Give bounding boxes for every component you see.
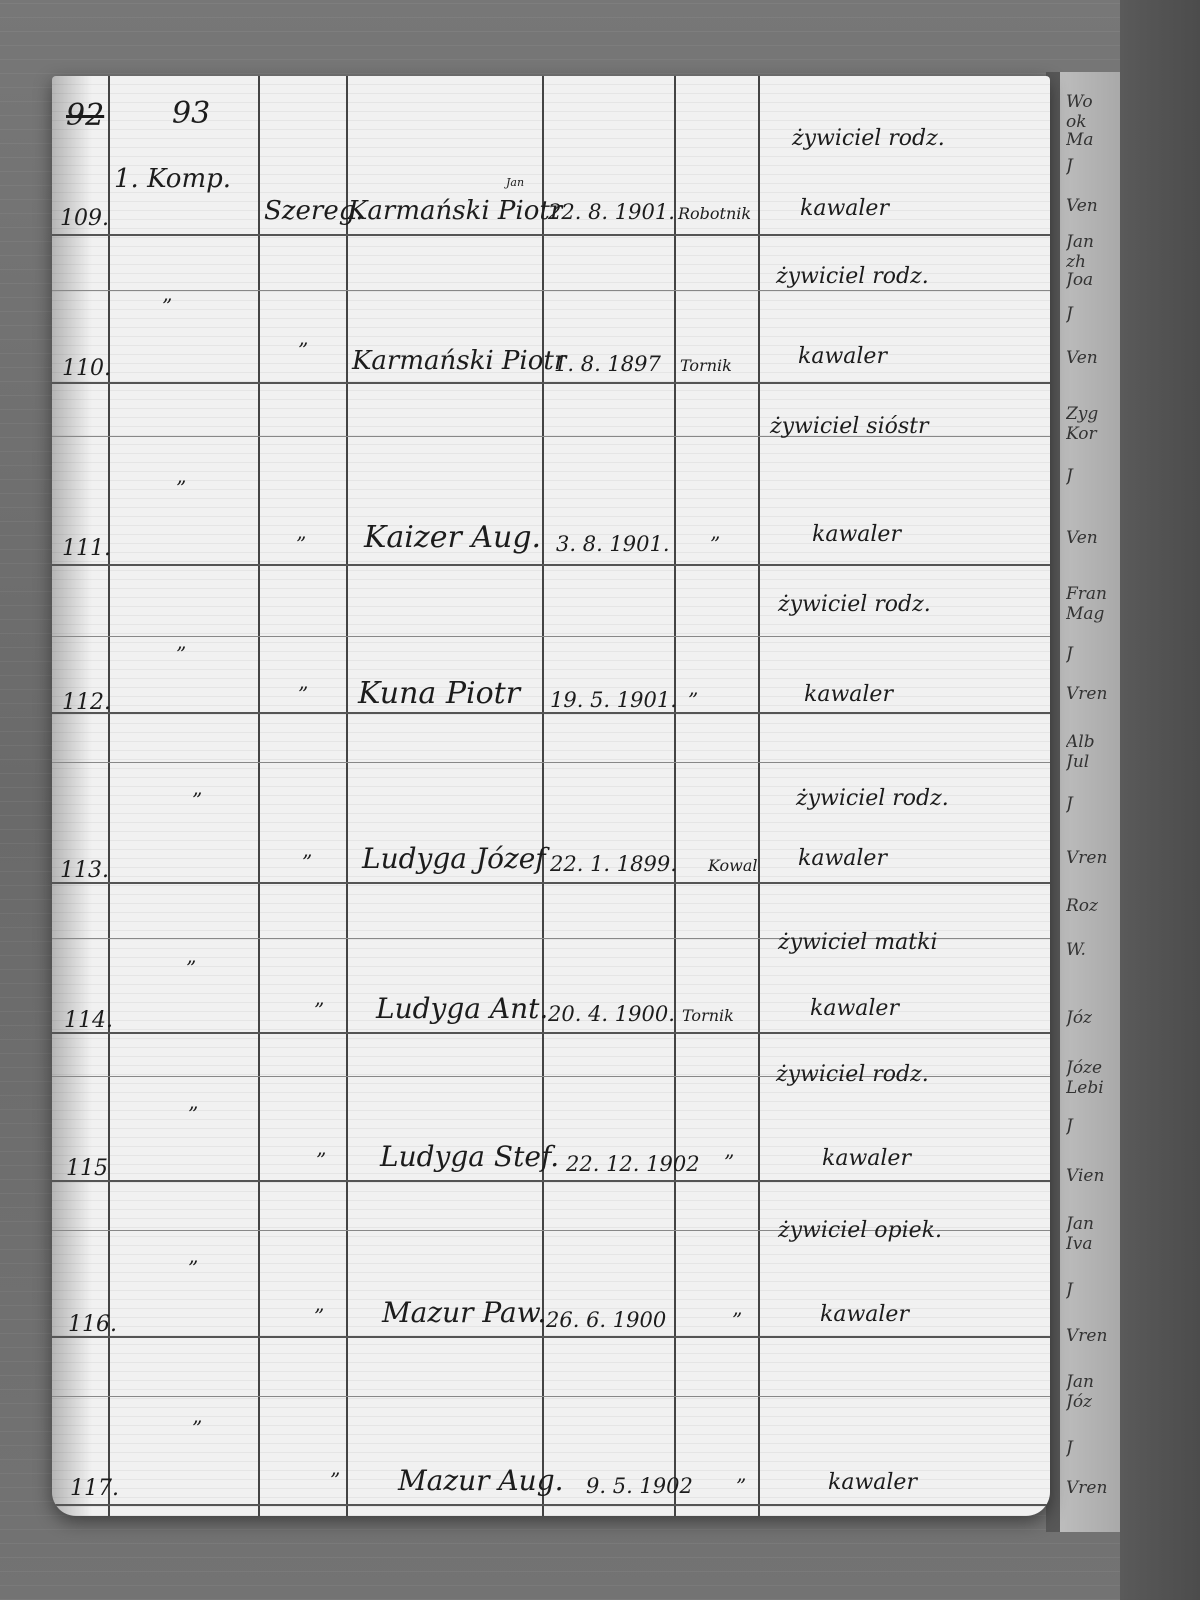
- margin-fragment: Jan: [1066, 232, 1120, 252]
- row-divider: [52, 234, 1050, 236]
- margin-fragment: Lebi: [1066, 1078, 1120, 1098]
- birth-date: 22. 12. 1902: [566, 1152, 700, 1176]
- row-divider: [52, 1504, 1050, 1506]
- margin-fragment: Jan: [1066, 1372, 1120, 1392]
- birth-date: 1. 8. 1897: [554, 352, 661, 376]
- support-note: żywiciel rodz.: [776, 1062, 929, 1087]
- margin-fragment: Ven: [1066, 528, 1120, 548]
- ditto-mark: ”: [710, 532, 720, 556]
- marital-status: kawaler: [828, 1470, 917, 1495]
- support-note: żywiciel opiek.: [778, 1218, 942, 1243]
- ditto-mark: ”: [192, 788, 202, 812]
- marital-status: kawaler: [798, 344, 887, 369]
- row-divider: [52, 1396, 1050, 1397]
- margin-fragment: J: [1066, 304, 1120, 324]
- marital-status: kawaler: [820, 1302, 909, 1327]
- margin-fragment: J: [1066, 644, 1120, 664]
- entry-number: 115: [66, 1156, 108, 1181]
- ditto-mark: ”: [188, 1102, 198, 1126]
- ditto-mark: ”: [316, 1148, 326, 1172]
- birth-date: 19. 5. 1901.: [550, 688, 677, 712]
- marital-status: kawaler: [822, 1146, 911, 1171]
- entry-number: 110.: [62, 356, 111, 381]
- column-divider: [108, 76, 110, 1516]
- margin-fragment: Jul: [1066, 752, 1120, 772]
- margin-fragment: Ma: [1066, 130, 1120, 150]
- company-label: 1. Komp.: [114, 164, 231, 194]
- soldier-name: Kaizer Aug.: [364, 520, 541, 555]
- page-shading: [52, 76, 92, 1516]
- ditto-mark: ”: [176, 476, 186, 500]
- entry-number: 113.: [60, 858, 109, 883]
- support-note: żywiciel rodz.: [778, 592, 931, 617]
- ditto-mark: ”: [724, 1150, 734, 1174]
- birth-date: 9. 5. 1902: [586, 1474, 693, 1498]
- row-divider: [52, 564, 1050, 566]
- column-divider: [758, 76, 760, 1516]
- margin-fragment: Vien: [1066, 1166, 1120, 1186]
- row-divider: [52, 382, 1050, 384]
- ditto-mark: ”: [688, 688, 698, 712]
- ditto-mark: ”: [186, 956, 196, 980]
- birth-date: 3. 8. 1901.: [556, 532, 670, 556]
- support-note: żywiciel sióstr: [770, 414, 929, 439]
- margin-fragment: Zyg: [1066, 404, 1120, 424]
- soldier-name: Karmański Piotr: [352, 346, 566, 376]
- soldier-name: Ludyga Józef: [362, 842, 546, 875]
- ditto-mark: ”: [298, 338, 308, 362]
- ditto-mark: ”: [298, 682, 308, 706]
- margin-fragment: ok: [1066, 112, 1120, 132]
- margin-fragment: Ven: [1066, 196, 1120, 216]
- margin-fragment: Kor: [1066, 424, 1120, 444]
- margin-fragment: Vren: [1066, 684, 1120, 704]
- ditto-mark: ”: [302, 850, 312, 874]
- entry-number: 111.: [62, 536, 111, 561]
- margin-fragment: Wo: [1066, 92, 1120, 112]
- name-correction: Jan: [506, 176, 524, 189]
- entry-number: 117.: [70, 1476, 119, 1501]
- ditto-mark: ”: [192, 1416, 202, 1440]
- occupation: Robotnik: [678, 204, 751, 223]
- soldier-name: Mazur Aug.: [398, 1464, 564, 1497]
- row-divider: [52, 1032, 1050, 1034]
- entry-number: 116.: [68, 1312, 117, 1337]
- margin-fragment: Iva: [1066, 1234, 1120, 1254]
- folio-number-struck: 92: [66, 98, 104, 133]
- margin-fragment: Vren: [1066, 848, 1120, 868]
- ditto-mark: ”: [314, 998, 324, 1022]
- row-divider: [52, 636, 1050, 637]
- column-divider: [258, 76, 260, 1516]
- margin-fragment: Józ: [1066, 1392, 1120, 1412]
- margin-fragment: J: [1066, 1116, 1120, 1136]
- margin-fragment: Vren: [1066, 1478, 1120, 1498]
- row-divider: [52, 882, 1050, 884]
- entry-number: 109.: [60, 206, 109, 231]
- support-note: żywiciel matki: [778, 930, 937, 955]
- birth-date: 26. 6. 1900: [546, 1308, 666, 1332]
- ditto-mark: ”: [162, 294, 172, 318]
- marital-status: kawaler: [804, 682, 893, 707]
- margin-fragment: J: [1066, 1438, 1120, 1458]
- margin-fragment: Józ: [1066, 1008, 1120, 1028]
- register-page: 92 93 1. Komp. żywiciel rodz. 109. Szere…: [52, 76, 1050, 1516]
- birth-date: 20. 4. 1900.: [548, 1002, 675, 1026]
- marital-status: kawaler: [800, 196, 889, 221]
- margin-fragment: Ven: [1066, 348, 1120, 368]
- soldier-name: Kuna Piotr: [358, 676, 520, 711]
- soldier-name: Ludyga Stef.: [380, 1140, 559, 1173]
- adjacent-page-edge: Wo ok Ma J Ven Jan zh Joa J Ven Zyg Kor …: [1060, 72, 1120, 1532]
- ditto-mark: ”: [296, 532, 306, 556]
- marital-status: kawaler: [798, 846, 887, 871]
- row-divider: [52, 1180, 1050, 1182]
- birth-date: 22. 1. 1899.: [550, 852, 677, 876]
- folio-number: 93: [172, 96, 210, 131]
- birth-date: 22. 8. 1901.: [548, 200, 675, 224]
- row-divider: [52, 762, 1050, 763]
- soldier-name: Ludyga Ant.: [376, 992, 548, 1025]
- margin-fragment: Fran: [1066, 584, 1120, 604]
- entry-number: 112.: [62, 690, 111, 715]
- ditto-mark: ”: [330, 1468, 340, 1492]
- occupation: Tornik: [682, 1006, 734, 1025]
- ditto-mark: ”: [176, 642, 186, 666]
- support-note: żywiciel rodz.: [792, 126, 945, 151]
- row-divider: [52, 290, 1050, 291]
- margin-fragment: J: [1066, 1280, 1120, 1300]
- margin-fragment: Józe: [1066, 1058, 1120, 1078]
- margin-fragment: W.: [1066, 940, 1120, 960]
- margin-fragment: Alb: [1066, 732, 1120, 752]
- row-divider: [52, 1336, 1050, 1338]
- soldier-name: Karmański Piotr: [348, 196, 562, 226]
- column-divider: [346, 76, 348, 1516]
- margin-fragment: J: [1066, 466, 1120, 486]
- support-note: żywiciel rodz.: [796, 786, 949, 811]
- margin-fragment: Roz: [1066, 896, 1120, 916]
- scan-shadow: [1120, 0, 1200, 1600]
- soldier-name: Mazur Paw.: [382, 1296, 546, 1329]
- marital-status: kawaler: [810, 996, 899, 1021]
- margin-fragment: J: [1066, 794, 1120, 814]
- row-divider: [52, 712, 1050, 714]
- ditto-mark: ”: [314, 1304, 324, 1328]
- entry-number: 114.: [64, 1008, 113, 1033]
- support-note: żywiciel rodz.: [776, 264, 929, 289]
- margin-fragment: Vren: [1066, 1326, 1120, 1346]
- margin-fragment: Jan: [1066, 1214, 1120, 1234]
- ditto-mark: ”: [188, 1256, 198, 1280]
- ditto-mark: ”: [732, 1308, 742, 1332]
- margin-fragment: Joa: [1066, 270, 1120, 290]
- column-divider: [674, 76, 676, 1516]
- ditto-mark: ”: [736, 1474, 746, 1498]
- marital-status: kawaler: [812, 522, 901, 547]
- margin-fragment: zh: [1066, 252, 1120, 272]
- margin-fragment: Mag: [1066, 604, 1120, 624]
- occupation: Kowal: [708, 856, 758, 875]
- margin-fragment: J: [1066, 156, 1120, 176]
- occupation: Tornik: [680, 356, 732, 375]
